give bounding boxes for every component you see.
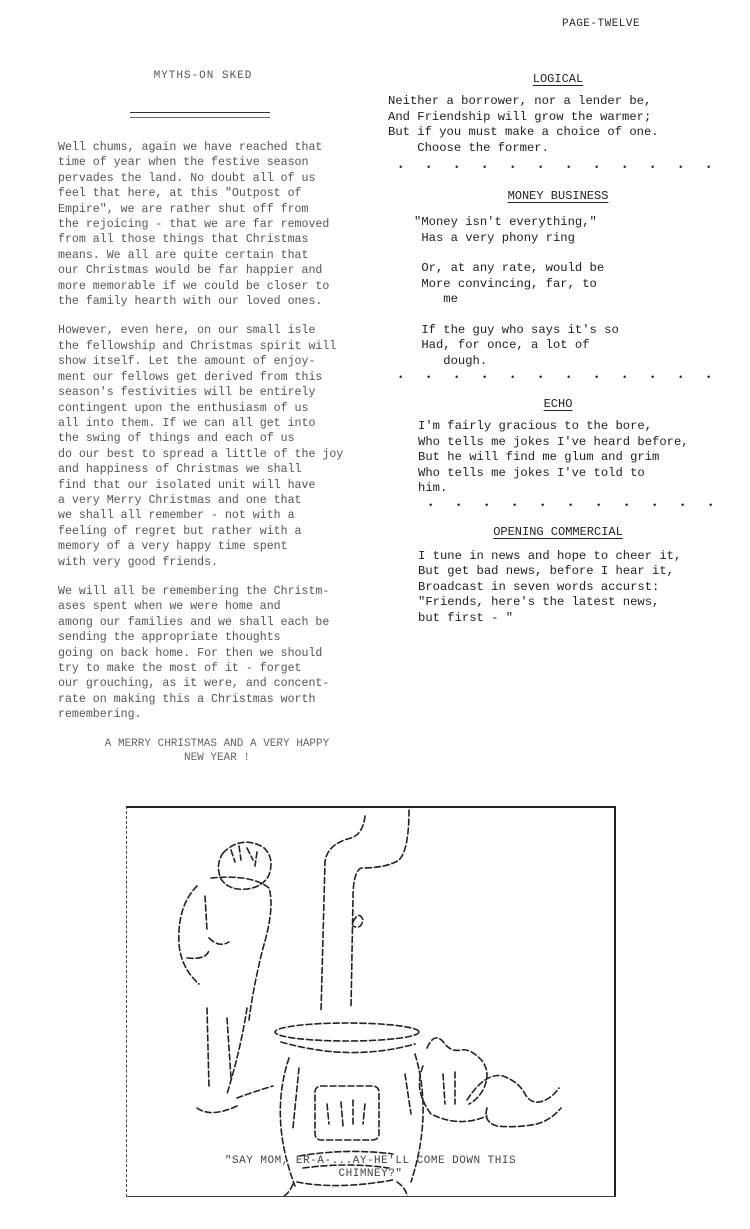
section-opening-commercial: OPENING COMMERCIAL I tune in news and ho… (388, 525, 728, 627)
cartoon-caption: "SAY MOM, ER-A-...AY-HE'LL COME DOWN THI… (127, 1155, 614, 1181)
stove-man-dog-drawing-icon (127, 808, 614, 1196)
editorial-paragraph-2: However, even here, on our small isle th… (58, 323, 376, 570)
verse-column: LOGICAL Neither a borrower, nor a lender… (388, 72, 728, 641)
verse-line: Choose the former. (388, 141, 728, 157)
section-logical: LOGICAL Neither a borrower, nor a lender… (388, 72, 728, 156)
verse-line: More convincing, far, to (414, 277, 728, 293)
verse-line: "Friends, here's the latest news, (418, 595, 728, 611)
verse-line: I'm fairly gracious to the bore, (418, 419, 728, 435)
verse-line: Who tells me jokes I've told to (418, 466, 728, 482)
section-money-business: MONEY BUSINESS "Money isn't everything,"… (388, 189, 728, 369)
dotted-divider: • • • • • • • • • • • • • • • • • • • • (398, 373, 728, 383)
verse-line: But get bad news, before I hear it, (418, 564, 728, 580)
verse-line: Who tells me jokes I've heard before, (418, 435, 728, 451)
editorial-paragraph-3: We will all be remembering the Christm- … (58, 584, 376, 723)
verse-line: If the guy who says it's so (414, 323, 728, 339)
section-title: ECHO (388, 397, 728, 411)
verse-line: But if you must make a choice of one. (388, 125, 728, 141)
verse-line: Neither a borrower, nor a lender be, (388, 94, 728, 110)
section-title: LOGICAL (388, 72, 728, 86)
verse-line: but first - " (418, 611, 728, 627)
editorial-closing: A MERRY CHRISTMAS AND A VERY HAPPY NEW Y… (58, 737, 376, 765)
verse-line: But he will find me glum and grim (418, 450, 728, 466)
page-number: PAGE-TWELVE (562, 18, 640, 30)
verse-line: Had, for once, a lot of (414, 338, 728, 354)
verse-line: And Friendship will grow the warmer; (388, 110, 728, 126)
verse-line: "Money isn't everything," (414, 215, 728, 231)
section-echo: ECHO I'm fairly gracious to the bore, Wh… (388, 397, 728, 497)
dotted-divider: • • • • • • • • • • • • • • • • • • • • (428, 501, 728, 511)
editorial-paragraph-1: Well chums, again we have reached that t… (58, 140, 376, 309)
editorial-column: MYTHS-ON SKED Well chums, again we have … (58, 70, 376, 765)
title-double-rule (130, 112, 270, 118)
section-title: OPENING COMMERCIAL (388, 525, 728, 539)
verse-line: Has a very phony ring (414, 231, 728, 247)
verse-line: I tune in news and hope to cheer it, (418, 549, 728, 565)
verse-line: me (414, 292, 728, 308)
verse-line: Broadcast in seven words accurst: (418, 580, 728, 596)
verse-line: him. (418, 481, 728, 497)
verse-line: Or, at any rate, would be (414, 261, 728, 277)
editorial-title: MYTHS-ON SKED (128, 70, 278, 82)
cartoon-illustration: "SAY MOM, ER-A-...AY-HE'LL COME DOWN THI… (126, 806, 616, 1197)
section-title: MONEY BUSINESS (388, 189, 728, 203)
dotted-divider: • • • • • • • • • • • • • • • • • • • • (398, 163, 728, 173)
verse-line: dough. (414, 354, 728, 370)
